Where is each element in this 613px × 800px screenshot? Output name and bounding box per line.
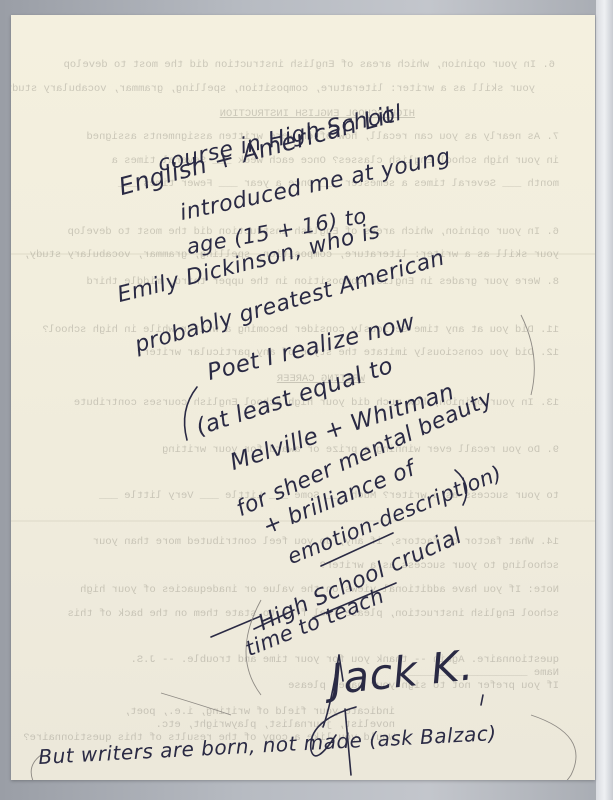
letter-page: 6. In your opinion, which areas of Engli… [11,15,595,780]
scanner-edge [596,0,613,800]
